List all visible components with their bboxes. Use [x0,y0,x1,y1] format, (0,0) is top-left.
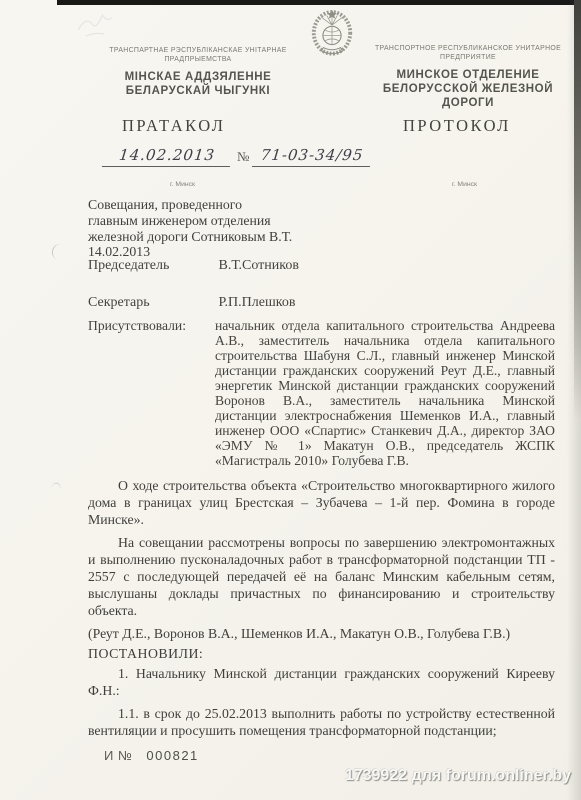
doc-type-russian: ПРОТОКОЛ [403,116,511,136]
handwritten-protocol-number: 71-03-34/95 [252,146,372,167]
protocol-number-line: 14.02.2013 № 71-03-34/95 [103,146,371,167]
attendees-block: Присутствовали: начальник отдела капитал… [88,318,555,468]
forum-watermark: 1739922 для forum.onliner.by [345,767,571,785]
resolved-item-1: 1. Начальнику Минской дистанции гражданс… [88,665,555,699]
form-number-stamp: И №000821 [104,748,199,763]
letterhead-russian: ТРАНСПОРТНОЕ РЕСПУБЛИКАНСКОЕ УНИТАРНОЕ П… [362,44,574,110]
meeting-title-line1: Совещания, проведенного [88,197,328,213]
meeting-title: Совещания, проведенного главным инженеро… [88,197,328,260]
resolved-item-1-1: 1.1. в срок до 25.02.2013 выполнить рабо… [88,705,555,739]
chairman-row: Председатель В.Т.Сотников [88,258,488,274]
letterhead-belarusian: ТРАНСПАРТНАЕ РЭСПУБЛІКАНСКАЕ УНІТАРНАЕ П… [86,46,310,98]
meeting-title-line2: главным инженером отделения [88,213,328,229]
paragraph-subject: О ходе строительства объекта «Строительс… [88,477,555,528]
pencil-scribble-artifact [72,6,132,42]
handwritten-date: 14.02.2013 [102,146,232,167]
form-series-label: И № [104,748,132,763]
form-number-value: 000821 [146,748,198,763]
org-name-by-line1: МІНСКАЕ АДДЗЯЛЕННЕ [86,70,310,84]
protocol-body: О ходе строительства объекта «Строительс… [88,477,555,745]
secretary-name: Р.П.Плешков [219,295,296,310]
doc-type-belarusian: ПРАТАКОЛ [122,116,226,136]
org-type-ru-line2: ПРЕДПРИЯТИЕ [362,53,574,62]
attendees-list: начальник отдела капитального строительс… [215,318,555,468]
scan-edge-top [57,0,581,5]
org-name-ru-line2: БЕЛОРУССКОЙ ЖЕЛЕЗНОЙ ДОРОГИ [362,82,574,110]
number-sign-label: № [237,149,249,165]
org-name-ru-line1: МИНСКОЕ ОТДЕЛЕНИЕ [362,68,574,82]
org-name-by-line2: БЕЛАРУСКАЙ ЧЫГУНКІ [86,84,310,98]
secretary-label: Секретарь [88,295,215,311]
meeting-title-line3: железной дороги Сотниковым В.Т. [88,229,328,245]
speakers-line: (Реут Д.Е., Воронов В.А., Шеменков И.А.,… [88,625,555,642]
paragraph-discussion: На совещании рассмотрены вопросы по заве… [88,534,555,619]
org-type-by-line1: ТРАНСПАРТНАЕ РЭСПУБЛІКАНСКАЕ УНІТАРНАЕ [86,46,310,55]
scan-arc-artifact [51,243,69,262]
belarus-coat-of-arms-icon [306,6,358,58]
scan-edge-right [574,0,581,420]
scanned-protocol-document: { "colors": { "paper": "#f6f4ee", "ink":… [0,0,581,800]
chairman-name: В.Т.Сотников [219,258,299,273]
org-type-ru-line1: ТРАНСПОРТНОЕ РЕСПУБЛИКАНСКОЕ УНИТАРНОЕ [362,44,574,53]
secretary-row: Секретарь Р.П.Плешков [88,295,488,311]
chairman-label: Председатель [88,258,215,274]
place-left: г. Минск [170,181,195,188]
place-right: г. Минск [452,181,477,188]
resolved-heading: ПОСТАНОВИЛИ: [88,645,555,662]
org-type-by-line2: ПРАДПРЫЕМСТВА [86,55,310,64]
attendees-label: Присутствовали: [88,318,215,334]
scan-arc-artifact [49,482,62,500]
